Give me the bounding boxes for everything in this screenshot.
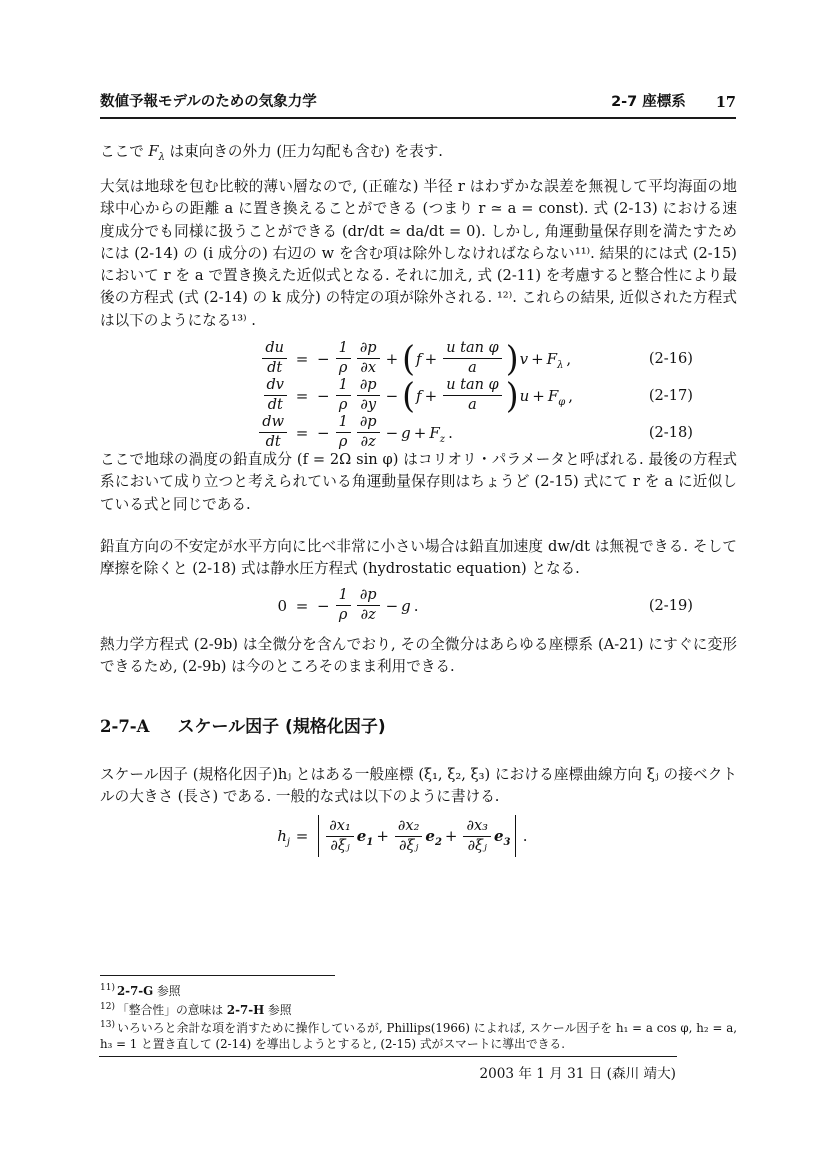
equation-rhs: ∂x₁∂ξⱼe1+∂x₂∂ξⱼe2+∂x₃∂ξⱼe3. [314,815,737,857]
footnote-separator-rule [100,975,335,976]
section-heading: 2-7-A スケール因子 (規格化因子) [100,712,386,737]
equation-lhs: hj [100,827,290,845]
equation-number: (2-16) [649,350,693,367]
footer-rule [99,1056,677,1057]
footnote-12: 12)「整合性」の意味は 2-7-H 参照 [100,1000,737,1019]
equals-sign: = [290,827,314,845]
footnotes-block: 11)2-7-G 参照 12)「整合性」の意味は 2-7-H 参照 13)いろい… [100,981,737,1052]
footnote-text: 参照 [153,984,180,998]
equation-2-16: dudt = −1ρ∂p∂x+(f+u tan φa)v+Fλ, (2-16) [100,340,737,377]
equation-2-17: dvdt = −1ρ∂p∂y−(f+u tan φa)u+Fφ, (2-17) [100,377,737,414]
footnote-marker: 11) [100,983,115,993]
document-page: 数値予報モデルのための気象力学 2-7 座標系 17 ここで Fλ は東向きの外… [0,0,826,1169]
equation-lhs: dudt [100,340,290,376]
paragraph-approximation: 大気は地球を包む比較的薄い層なので, (正確な) 半径 r はわずかな誤差を無視… [100,176,737,332]
equation-number: (2-19) [649,597,693,614]
footnote-marker: 13) [100,1020,115,1030]
footer-date: 2003 年 1 月 31 日 (森川 靖大) [479,1062,676,1082]
equation-number: (2-18) [649,424,693,441]
footnote-marker: 12) [100,1002,115,1012]
equation-2-19: 0 = −1ρ∂p∂z−g. (2-19) [100,587,737,624]
intro-post-text: は東向きの外力 (圧力勾配も含む) を表す. [165,143,443,160]
paragraph-scale-factor: スケール因子 (規格化因子)hⱼ とはある一般座標 (ξ₁, ξ₂, ξ₃) に… [100,764,737,809]
equation-number: (2-17) [649,387,693,404]
paragraph-coriolis: ここで地球の渦度の鉛直成分 (f = 2Ω sin φ) はコリオリ・パラメータ… [100,449,737,516]
equals-sign: = [290,597,314,615]
header-book-title: 数値予報モデルのための気象力学 [100,90,317,111]
equation-lhs: dvdt [100,377,290,413]
page-header: 数値予報モデルのための気象力学 2-7 座標系 17 [100,90,736,119]
intro-pre-text: ここで [100,143,148,160]
footnote-13: 13)いろいろと余計な項を消すために操作しているが, Phillips(1966… [100,1018,737,1052]
section-number: 2-7-A [100,717,149,736]
paragraph-intro: ここで Fλ は東向きの外力 (圧力勾配も含む) を表す. [100,141,737,163]
header-page-number: 17 [716,94,736,111]
paragraph-thermodynamic: 熱力学方程式 (2-9b) は全微分を含んでおり, その全微分はあらゆる座標系 … [100,634,737,679]
footnote-text: いろいろと余計な項を消すために操作しているが, Phillips(1966) に… [100,1021,737,1051]
force-variable: Fλ [148,143,164,160]
equation-2-18: dwdt = −1ρ∂p∂z−g+Fz. (2-18) [100,414,737,451]
footnote-text: 参照 [264,1002,291,1016]
header-section-label: 2-7 座標系 [611,90,686,111]
equation-lhs: dwdt [100,414,290,450]
equals-sign: = [290,424,314,442]
equals-sign: = [290,350,314,368]
paragraph-hydrostatic: 鉛直方向の不安定が水平方向に比べ非常に小さい場合は鉛直加速度 dw/dt は無視… [100,536,737,581]
equation-lhs: 0 [100,597,290,615]
section-title: スケール因子 (規格化因子) [177,712,385,737]
equals-sign: = [290,387,314,405]
header-right-group: 2-7 座標系 17 [611,90,736,111]
footnote-11: 11)2-7-G 参照 [100,981,737,1000]
equation-scale-factor: hj = ∂x₁∂ξⱼe1+∂x₂∂ξⱼe2+∂x₃∂ξⱼe3. [100,814,737,858]
